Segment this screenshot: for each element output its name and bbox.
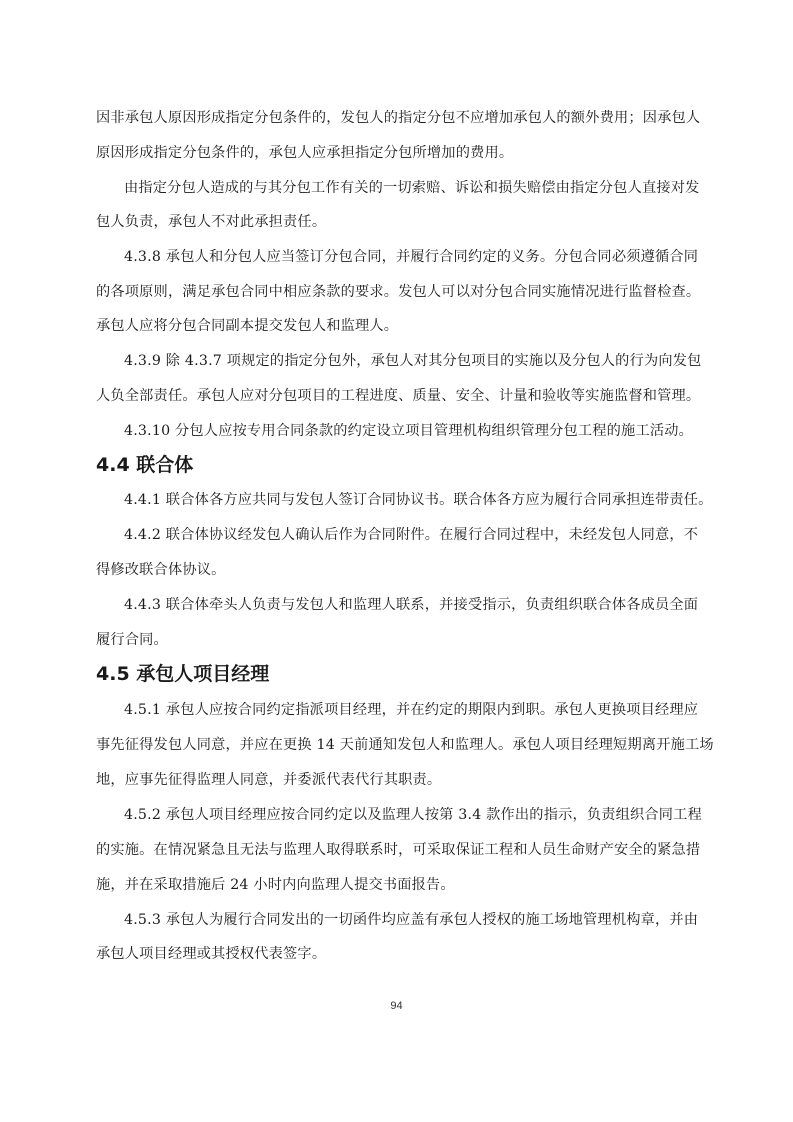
paragraph-line: 履行合同。	[96, 630, 168, 650]
paragraph-line: 承包人应将分包合同副本提交发包人和监理人。	[96, 316, 398, 336]
paragraph-line: 承包人项目经理或其授权代表签字。	[96, 944, 326, 964]
paragraph-line: 的各项原则，满足承包合同中相应条款的要求。发包人可以对分包合同实施情况进行监督检…	[96, 282, 700, 302]
section-heading: 4.4 联合体	[96, 453, 193, 477]
paragraph-line: 人负全部责任。承包人应对分包项目的工程进度、质量、安全、计量和验收等实施监督和管…	[96, 386, 700, 406]
paragraph-line: 4.3.10 分包人应按专用合同条款的约定设立项目管理机构组织管理分包工程的施工…	[124, 421, 693, 441]
document-page: 因非承包人原因形成指定分包条件的，发包人的指定分包不应增加承包人的额外费用；因承…	[0, 0, 793, 1122]
paragraph-line: 施，并在采取措施后 24 小时内向监理人提交书面报告。	[96, 875, 455, 895]
paragraph-line: 得修改联合体协议。	[96, 560, 226, 580]
paragraph-line: 包人负责，承包人不对此承担责任。	[96, 212, 326, 232]
section-heading: 4.5 承包人项目经理	[96, 662, 269, 686]
paragraph-line: 4.4.2 联合体协议经发包人确认后作为合同附件。在履行合同过程中，未经发包人同…	[124, 525, 698, 545]
paragraph-line: 的实施。在情况紧急且无法与监理人取得联系时，可采取保证工程和人员生命财产安全的紧…	[96, 840, 700, 860]
paragraph-line: 原因形成指定分包条件的，承包人应承担指定分包所增加的费用。	[96, 143, 513, 163]
paragraph-line: 4.4.3 联合体牵头人负责与发包人和监理人联系，并接受指示，负责组织联合体各成…	[124, 595, 698, 615]
paragraph-line: 地，应事先征得监理人同意，并委派代表代行其职责。	[96, 770, 441, 790]
page-number: 94	[0, 1000, 793, 1012]
paragraph-line: 4.3.9 除 4.3.7 项规定的指定分包外，承包人对其分包项目的实施以及分包…	[124, 351, 702, 371]
paragraph-line: 因非承包人原因形成指定分包条件的，发包人的指定分包不应增加承包人的额外费用；因承…	[96, 108, 700, 128]
paragraph-line: 由指定分包人造成的与其分包工作有关的一切索赔、诉讼和损失赔偿由指定分包人直接对发	[124, 178, 700, 198]
paragraph-line: 4.5.1 承包人应按合同约定指派项目经理，并在约定的期限内到职。承包人更换项目…	[124, 700, 698, 720]
paragraph-line: 事先征得发包人同意，并应在更换 14 天前通知发包人和监理人。承包人项目经理短期…	[96, 735, 714, 755]
paragraph-line: 4.5.3 承包人为履行合同发出的一切函件均应盖有承包人授权的施工场地管理机构章…	[124, 910, 698, 930]
paragraph-line: 4.4.1 联合体各方应共同与发包人签订合同协议书。联合体各方应为履行合同承担连…	[124, 490, 713, 510]
paragraph-line: 4.5.2 承包人项目经理应按合同约定以及监理人按第 3.4 款作出的指示，负责…	[124, 805, 702, 825]
paragraph-line: 4.3.8 承包人和分包人应当签订分包合同，并履行合同约定的义务。分包合同必须遵…	[124, 247, 698, 267]
